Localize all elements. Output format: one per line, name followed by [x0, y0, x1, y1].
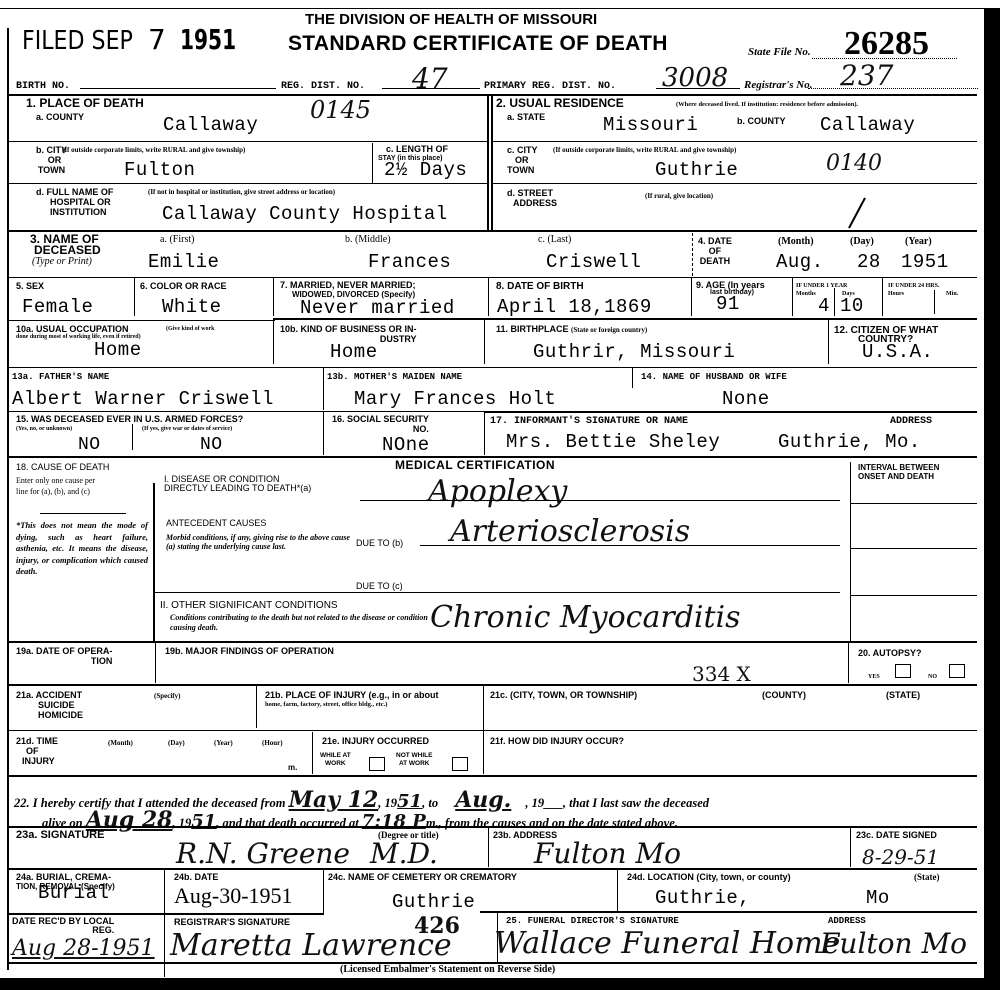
while-at-work-label: WHILE AT WORK	[320, 752, 351, 768]
armed-service: NO	[200, 435, 223, 455]
signature-label: 23a. SIGNATURE	[16, 830, 104, 841]
date-of-birth-label: 8. DATE OF BIRTH	[496, 281, 584, 292]
cause-a: Apoplexy	[428, 478, 567, 506]
primary-reg-label: PRIMARY REG. DIST. NO.	[484, 81, 616, 92]
date-signed: 8-29-51	[862, 843, 939, 871]
document-right-edge	[984, 8, 1000, 990]
death-year: 1951	[901, 252, 949, 272]
birthplace-label: 11. BIRTHPLACE (State or foreign country…	[496, 324, 647, 336]
cemetery-label: 24c. NAME OF CEMETERY OR CREMATORY	[328, 872, 517, 883]
disease-condition-label: I. DISEASE OR CONDITION DIRECTLY LEADING…	[164, 475, 311, 493]
burial-location-label: 24d. LOCATION (City, town, or county)	[627, 872, 791, 883]
accident-specify: (Specify)	[154, 692, 180, 700]
date-signed-label: 23c. DATE SIGNED	[856, 830, 937, 841]
last-name: Criswell	[546, 252, 641, 272]
death-time: 7:18 P	[362, 811, 426, 832]
antecedent-note: Morbid conditions, if any, giving rise t…	[166, 533, 354, 551]
occupation: Home	[94, 340, 142, 360]
physician-signature: R.N. Greene	[176, 840, 350, 868]
accident-label: 21a. ACCIDENT SUICIDE HOMICIDE	[16, 690, 83, 720]
hospital-label: d. FULL NAME OF HOSPITAL OR INSTITUTION	[36, 187, 113, 217]
informant-address-label: ADDRESS	[890, 416, 932, 427]
autopsy-label: 20. AUTOPSY?	[858, 648, 922, 659]
marital-status: Never married	[300, 298, 455, 318]
medical-certification-title: MEDICAL CERTIFICATION	[395, 460, 555, 471]
document-left-border	[7, 28, 9, 970]
death-year-label: (Year)	[905, 236, 932, 247]
first-name-label: a. (First)	[160, 234, 194, 245]
armed-forces-label: 15. WAS DECEASED EVER IN U.S. ARMED FORC…	[16, 414, 243, 425]
death-county: Callaway	[163, 115, 258, 135]
registrar-no-label: Registrar's No.	[744, 79, 812, 91]
document-top-rule	[0, 8, 1000, 9]
date-received-label: DATE REC'D BY LOCAL REG.	[12, 917, 114, 935]
injury-year-label: (Year)	[214, 739, 233, 747]
death-month: Aug.	[776, 252, 824, 272]
father-name-label: 13a. FATHER'S NAME	[12, 372, 109, 383]
residence-county-label: b. COUNTY	[737, 116, 786, 127]
burial-date-label: 24b. DATE	[174, 872, 218, 883]
antecedent-causes-label: ANTECEDENT CAUSES	[166, 518, 266, 529]
state-file-number: 26285	[844, 27, 929, 61]
injury-city-label: 21c. (CITY, TOWN, OR TOWNSHIP)	[490, 690, 637, 701]
operation-date-label: 19a. DATE OF OPERA- TION	[16, 646, 112, 666]
armed-forces: NO	[78, 435, 101, 455]
funeral-director-signature: Wallace Funeral Home	[494, 930, 840, 958]
spouse-name-label: 14. NAME OF HUSBAND OR WIFE	[641, 372, 787, 383]
place-of-death-label: 1. PLACE OF DEATH	[26, 98, 144, 109]
spouse-name: None	[722, 389, 770, 409]
informant-name: Mrs. Bettie Sheley	[506, 432, 720, 452]
informant-label: 17. INFORMANT'S SIGNATURE OR NAME	[490, 416, 688, 427]
state-file-label: State File No.	[748, 46, 811, 58]
death-county-code: 0145	[310, 96, 371, 124]
age: 91	[716, 294, 740, 314]
usual-residence-note: (Where deceased lived. If institution: r…	[676, 101, 858, 109]
first-name: Emilie	[148, 252, 219, 272]
embalmer-statement-note: (Licensed Embalmer's Statement on Revers…	[340, 964, 555, 975]
last-name-label: c. (Last)	[538, 234, 571, 245]
burial-state: Mo	[866, 888, 890, 908]
reg-dist-label: REG. DIST. NO.	[281, 81, 365, 92]
street-address-note: (If rural, give location)	[645, 192, 713, 200]
operation-findings-label: 19b. MAJOR FINDINGS OF OPERATION	[165, 646, 334, 657]
autopsy-no-checkbox[interactable]	[949, 664, 965, 678]
residence-state-label: a. STATE	[507, 112, 545, 123]
residence-city: Guthrie	[655, 160, 738, 180]
injury-state-label: (STATE)	[886, 690, 920, 701]
burial-date: Aug-30-1951	[174, 886, 293, 906]
mother-name-label: 13b. MOTHER'S MAIDEN NAME	[327, 372, 462, 383]
autopsy-yes-label: YES	[868, 673, 880, 681]
filed-day: 7	[148, 25, 166, 55]
hospital-note: (If not in hospital or institution, give…	[148, 188, 335, 196]
not-at-work-checkbox[interactable]	[452, 757, 468, 771]
father-name: Albert Warner Criswell	[12, 389, 274, 409]
race: White	[162, 297, 222, 317]
birth-no-label: BIRTH NO.	[16, 81, 70, 92]
middle-name-label: b. (Middle)	[345, 234, 391, 245]
death-city: Fulton	[124, 160, 195, 180]
place-of-injury-label: 21b. PLACE OF INJURY (e.g., in or about …	[265, 690, 439, 710]
middle-name: Frances	[368, 252, 451, 272]
race-label: 6. COLOR OR RACE	[140, 281, 227, 292]
physician-degree: M.D.	[370, 840, 438, 868]
due-to-b-label: DUE TO (b)	[356, 538, 403, 549]
armed-service-note: (If yes, give war or dates of service)	[142, 425, 232, 433]
while-at-work-checkbox[interactable]	[369, 757, 385, 771]
physician-address: Fulton Mo	[534, 840, 681, 868]
cemetery: Guthrie	[392, 892, 475, 912]
residence-county: Callaway	[820, 115, 915, 135]
time-of-injury-label: 21d. TIME OF INJURY	[16, 736, 58, 766]
age-days: 10	[840, 296, 864, 316]
street-address-mark	[848, 198, 866, 229]
sex-label: 5. SEX	[16, 281, 44, 292]
other-conditions: Chronic Myocarditis	[430, 604, 741, 632]
mother-name: Mary Frances Holt	[354, 389, 556, 409]
division-title: THE DIVISION OF HEALTH OF MISSOURI	[305, 12, 597, 28]
not-at-work-label: NOT WHILE AT WORK	[396, 752, 432, 768]
date-of-birth: April 18,1869	[497, 297, 652, 317]
citizenship: U.S.A.	[862, 342, 933, 362]
due-to-c-label: DUE TO (c)	[356, 581, 403, 592]
business: Home	[330, 342, 378, 362]
registrar-signature-label: REGISTRAR'S SIGNATURE	[174, 917, 290, 928]
burial-state-label: (State)	[914, 872, 940, 883]
burial-location: Guthrie,	[655, 888, 750, 908]
residence-state: Missouri	[603, 115, 698, 135]
filed-year: 1951	[180, 25, 236, 55]
residence-city-label: c. CITY OR TOWN	[507, 145, 538, 175]
birthplace: Guthrir, Missouri	[533, 342, 735, 362]
armed-forces-note: (Yes, no, or unknown)	[16, 425, 72, 433]
date-received: Aug 28-1951	[12, 935, 155, 963]
city-note: (If outside corporate limits, write RURA…	[62, 146, 245, 154]
document-bottom-edge	[0, 978, 1000, 990]
sex: Female	[22, 297, 93, 317]
certification-line-2: alive on Aug 28, 1951, and that death oc…	[42, 806, 678, 836]
registrar-signature: Maretta Lawrence	[170, 932, 452, 960]
autopsy-yes-checkbox[interactable]	[895, 664, 911, 678]
death-day-label: (Day)	[850, 236, 874, 247]
age-months: 4	[818, 296, 830, 316]
residence-city-code: 0140	[826, 150, 882, 178]
injury-m-label: m.	[288, 762, 297, 773]
injury-county-label: (COUNTY)	[762, 690, 806, 701]
burial-method: Burial	[38, 883, 109, 903]
injury-month-label: (Month)	[108, 739, 133, 747]
informant-address: Guthrie, Mo.	[778, 432, 921, 452]
usual-residence-label: 2. USUAL RESIDENCE	[496, 98, 624, 109]
hospital-name: Callaway County Hospital	[162, 204, 448, 224]
date-of-death-label: 4. DATE OF DEATH	[698, 236, 732, 266]
ssn-label: 16. SOCIAL SECURITY NO.	[332, 414, 429, 434]
injury-day-label: (Day)	[168, 739, 185, 747]
ssn: NOne	[382, 435, 430, 455]
name-of-deceased-label: 3. NAME OF DECEASED (Type or Print)	[30, 234, 101, 267]
interval-label: INTERVAL BETWEEN ONSET AND DEATH	[858, 463, 939, 481]
cause-instructions: Enter only one cause per line for (a), (…	[16, 475, 95, 497]
injury-hour-label: (Hour)	[262, 739, 283, 747]
registrar-number: 237	[840, 62, 893, 90]
registrar-code: 426	[414, 912, 460, 940]
county-label: a. COUNTY	[36, 112, 84, 123]
death-month-label: (Month)	[778, 236, 814, 247]
cause-b: Arteriosclerosis	[450, 518, 690, 546]
residence-city-note: (If outside corporate limits, write RURA…	[553, 146, 736, 154]
autopsy-no-label: NO	[928, 673, 937, 681]
injury-occurred-label: 21e. INJURY OCCURRED	[322, 736, 429, 747]
other-conditions-note: Conditions contributing to the death but…	[170, 613, 430, 633]
street-address-label: d. STREET ADDRESS	[507, 188, 557, 208]
last-seen-alive-year: 51	[191, 811, 216, 832]
how-injury-label: 21f. HOW DID INJURY OCCUR?	[490, 736, 624, 747]
other-conditions-label: II. OTHER SIGNIFICANT CONDITIONS	[160, 600, 338, 611]
cause-footnote: *This does not mean the mode of dying, s…	[16, 520, 148, 578]
under-24-hours-label: IF UNDER 24 HRS. Hours	[888, 282, 939, 298]
certificate-title: STANDARD CERTIFICATE OF DEATH	[288, 32, 668, 56]
length-of-stay: 2½ Days	[384, 160, 467, 180]
funeral-director-address: Fulton Mo	[820, 930, 967, 958]
filed-stamp: FILED SEP	[22, 27, 133, 55]
cause-of-death-label: 18. CAUSE OF DEATH	[16, 462, 109, 473]
death-day: 28	[857, 252, 881, 272]
minutes-label: Min.	[946, 290, 958, 298]
